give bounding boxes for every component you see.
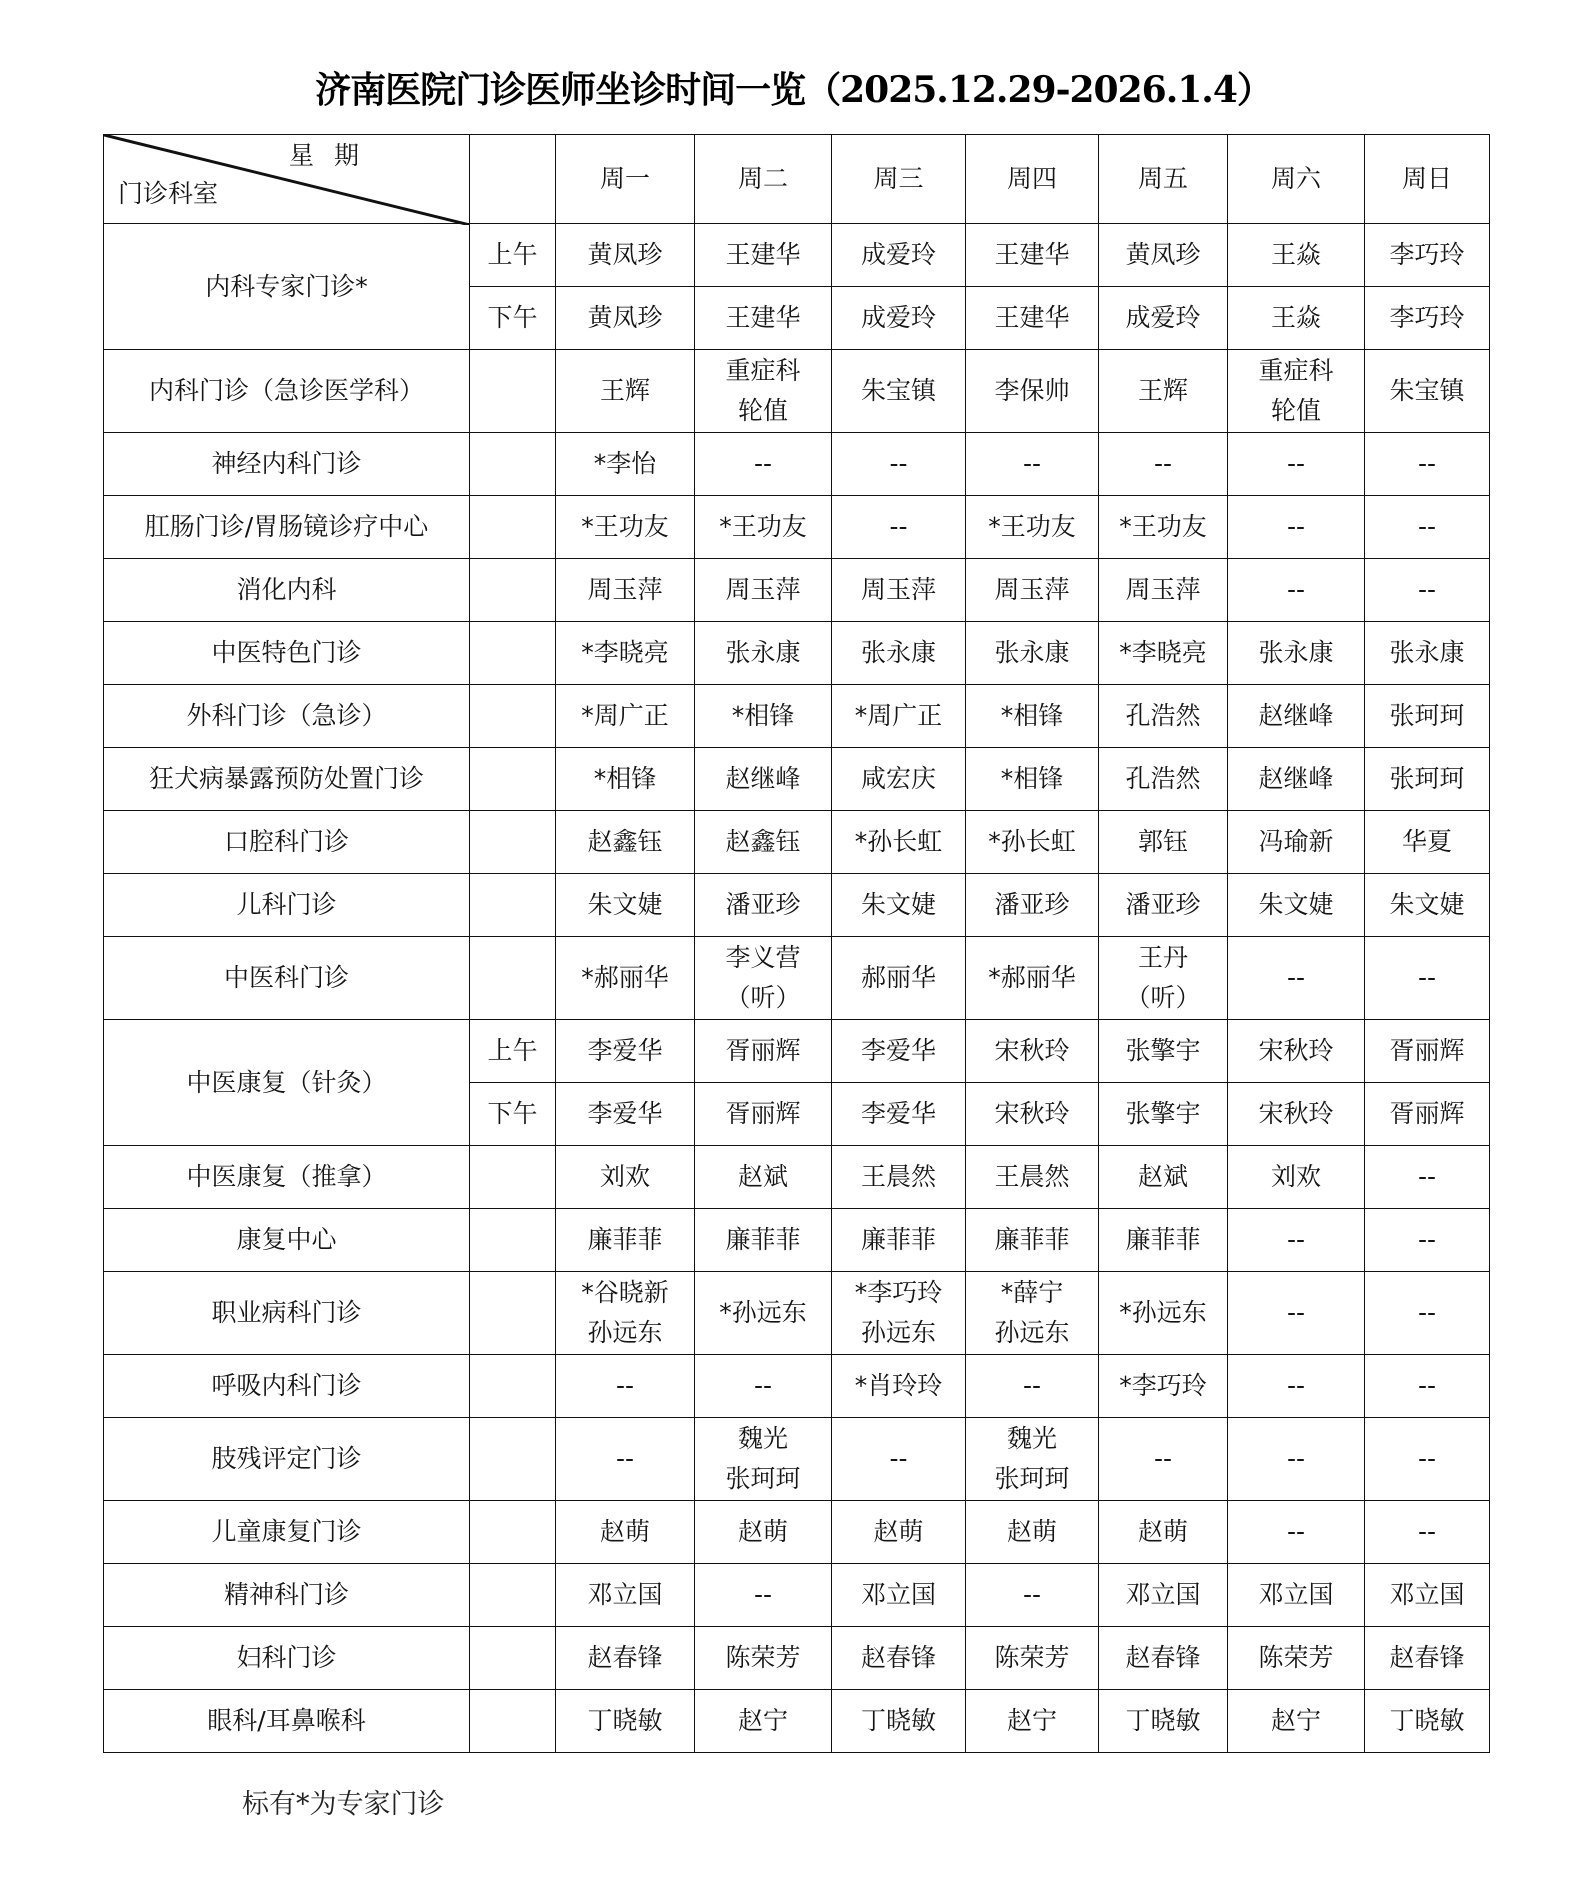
department-name: 内科门诊（急诊医学科）: [104, 350, 470, 433]
half-day-label: [470, 1564, 556, 1627]
doctor-cell-fri: 张擎宇: [1099, 1020, 1228, 1083]
doctor-cell-wed: 咸宏庆: [832, 748, 966, 811]
doctor-cell-mon: 刘欢: [556, 1146, 695, 1209]
doctor-cell-thu: 陈荣芳: [966, 1627, 1099, 1690]
doctor-cell-mon: 赵春锋: [556, 1627, 695, 1690]
doctor-name: --: [1365, 570, 1489, 610]
department-name: 中医特色门诊: [104, 622, 470, 685]
doctor-cell-thu: 王建华: [966, 287, 1099, 350]
doctor-name: 赵萌: [966, 1512, 1098, 1552]
doctor-cell-sun: --: [1365, 1501, 1490, 1564]
department-name: 外科门诊（急诊）: [104, 685, 470, 748]
doctor-name: 赵萌: [556, 1512, 694, 1552]
doctor-name: --: [695, 1575, 831, 1615]
doctor-cell-sat: --: [1228, 1209, 1365, 1272]
table-row: 外科门诊（急诊）*周广正*相锋*周广正*相锋孔浩然赵继峰张珂珂: [104, 685, 1490, 748]
doctor-name: 胥丽辉: [1365, 1031, 1489, 1071]
doctor-name: 郭钰: [1099, 822, 1227, 862]
doctor-name: 丁晓敏: [1365, 1701, 1489, 1741]
doctor-cell-sat: 陈荣芳: [1228, 1627, 1365, 1690]
doctor-name: 陈荣芳: [966, 1638, 1098, 1678]
doctor-cell-sat: 张永康: [1228, 622, 1365, 685]
doctor-name: 廉菲菲: [695, 1220, 831, 1260]
half-day-label: [470, 748, 556, 811]
doctor-name: 赵春锋: [1099, 1638, 1227, 1678]
doctor-name: *谷晓新: [556, 1273, 694, 1313]
doctor-name: *王功友: [556, 507, 694, 547]
doctor-cell-wed: *李巧玲孙远东: [832, 1272, 966, 1355]
doctor-name: 黄凤珍: [556, 298, 694, 338]
doctor-cell-mon: *周广正: [556, 685, 695, 748]
table-row: 眼科/耳鼻喉科丁晓敏赵宁丁晓敏赵宁丁晓敏赵宁丁晓敏: [104, 1690, 1490, 1753]
doctor-cell-fri: 赵萌: [1099, 1501, 1228, 1564]
doctor-cell-fri: 王辉: [1099, 350, 1228, 433]
department-name: 儿童康复门诊: [104, 1501, 470, 1564]
doctor-name: 李爱华: [556, 1031, 694, 1071]
doctor-cell-sun: --: [1365, 937, 1490, 1020]
doctor-cell-fri: 孔浩然: [1099, 748, 1228, 811]
doctor-cell-fri: 郭钰: [1099, 811, 1228, 874]
doctor-name: 王建华: [966, 298, 1098, 338]
doctor-cell-sun: 朱文婕: [1365, 874, 1490, 937]
doctor-name: 李保帅: [966, 371, 1098, 411]
doctor-cell-wed: --: [832, 1418, 966, 1501]
doctor-cell-thu: *王功友: [966, 496, 1099, 559]
department-name: 职业病科门诊: [104, 1272, 470, 1355]
doctor-cell-thu: 王建华: [966, 224, 1099, 287]
day-header-wed: 周三: [832, 135, 966, 224]
table-row: 中医康复（针灸）上午李爱华胥丽辉李爱华宋秋玲张擎宇宋秋玲胥丽辉: [104, 1020, 1490, 1083]
doctor-name: 朱文婕: [832, 885, 965, 925]
doctor-name: --: [1365, 1366, 1489, 1406]
doctor-name: 王晨然: [832, 1157, 965, 1197]
doctor-name: 孔浩然: [1099, 696, 1227, 736]
schedule-body: 内科专家门诊*上午黄凤珍王建华成爱玲王建华黄凤珍王焱李巧玲下午黄凤珍王建华成爱玲…: [104, 224, 1490, 1753]
half-day-label: [470, 1209, 556, 1272]
doctor-name: 李巧玲: [1365, 298, 1489, 338]
doctor-name: 廉菲菲: [966, 1220, 1098, 1260]
doctor-name: *孙长虹: [966, 822, 1098, 862]
doctor-name: 魏光: [966, 1419, 1098, 1459]
half-day-label: [470, 1690, 556, 1753]
doctor-cell-tue: 赵鑫钰: [695, 811, 832, 874]
doctor-cell-fri: 邓立国: [1099, 1564, 1228, 1627]
doctor-cell-sat: 冯瑜新: [1228, 811, 1365, 874]
doctor-cell-wed: 丁晓敏: [832, 1690, 966, 1753]
doctor-name: 赵鑫钰: [556, 822, 694, 862]
corner-header-cell: 星期 门诊科室: [104, 135, 470, 224]
doctor-name: 赵宁: [695, 1701, 831, 1741]
doctor-name: *王功友: [695, 507, 831, 547]
doctor-cell-sun: --: [1365, 1272, 1490, 1355]
doctor-cell-fri: 孔浩然: [1099, 685, 1228, 748]
doctor-name: 廉菲菲: [832, 1220, 965, 1260]
doctor-cell-sun: --: [1365, 433, 1490, 496]
doctor-name: 胥丽辉: [1365, 1094, 1489, 1134]
doctor-name: 冯瑜新: [1228, 822, 1364, 862]
department-name: 精神科门诊: [104, 1564, 470, 1627]
doctor-cell-fri: 潘亚珍: [1099, 874, 1228, 937]
doctor-name: 张珂珂: [1365, 696, 1489, 736]
doctor-cell-fri: 赵春锋: [1099, 1627, 1228, 1690]
doctor-cell-fri: *孙远东: [1099, 1272, 1228, 1355]
doctor-name: 张永康: [1365, 633, 1489, 673]
doctor-cell-sat: 赵继峰: [1228, 748, 1365, 811]
doctor-name: --: [1228, 444, 1364, 484]
doctor-name: 张永康: [695, 633, 831, 673]
doctor-cell-sat: 王焱: [1228, 287, 1365, 350]
table-row: 妇科门诊赵春锋陈荣芳赵春锋陈荣芳赵春锋陈荣芳赵春锋: [104, 1627, 1490, 1690]
half-day-label: 上午: [470, 224, 556, 287]
department-name: 呼吸内科门诊: [104, 1355, 470, 1418]
doctor-name: *王功友: [1099, 507, 1227, 547]
table-row: 儿科门诊朱文婕潘亚珍朱文婕潘亚珍潘亚珍朱文婕朱文婕: [104, 874, 1490, 937]
doctor-cell-sun: 张珂珂: [1365, 748, 1490, 811]
doctor-cell-wed: 周玉萍: [832, 559, 966, 622]
day-header-thu: 周四: [966, 135, 1099, 224]
doctor-cell-thu: 王晨然: [966, 1146, 1099, 1209]
doctor-name: 成爱玲: [832, 298, 965, 338]
doctor-cell-tue: 王建华: [695, 287, 832, 350]
doctor-cell-fri: --: [1099, 433, 1228, 496]
doctor-name: 张擎宇: [1099, 1094, 1227, 1134]
doctor-name: *相锋: [966, 759, 1098, 799]
doctor-name: 李爱华: [556, 1094, 694, 1134]
doctor-cell-fri: *李巧玲: [1099, 1355, 1228, 1418]
doctor-name: *郝丽华: [556, 958, 694, 998]
doctor-cell-sat: 赵继峰: [1228, 685, 1365, 748]
doctor-name: 王建华: [966, 235, 1098, 275]
table-row: 口腔科门诊赵鑫钰赵鑫钰*孙长虹*孙长虹郭钰冯瑜新华夏: [104, 811, 1490, 874]
doctor-name: *周广正: [556, 696, 694, 736]
doctor-cell-fri: 王丹（听）: [1099, 937, 1228, 1020]
doctor-cell-thu: 赵萌: [966, 1501, 1099, 1564]
doctor-name: 丁晓敏: [832, 1701, 965, 1741]
doctor-cell-mon: 周玉萍: [556, 559, 695, 622]
doctor-cell-wed: 廉菲菲: [832, 1209, 966, 1272]
doctor-cell-sat: --: [1228, 1501, 1365, 1564]
doctor-cell-wed: *孙长虹: [832, 811, 966, 874]
doctor-name: 潘亚珍: [1099, 885, 1227, 925]
department-name: 眼科/耳鼻喉科: [104, 1690, 470, 1753]
doctor-cell-wed: 朱宝镇: [832, 350, 966, 433]
doctor-cell-thu: *郝丽华: [966, 937, 1099, 1020]
doctor-name: 赵春锋: [832, 1638, 965, 1678]
doctor-name: 张珂珂: [695, 1459, 831, 1499]
half-day-label: 下午: [470, 287, 556, 350]
half-day-label: [470, 1355, 556, 1418]
half-day-label: [470, 1146, 556, 1209]
doctor-name: 赵萌: [695, 1512, 831, 1552]
doctor-name: 潘亚珍: [966, 885, 1098, 925]
doctor-cell-wed: 张永康: [832, 622, 966, 685]
doctor-cell-sat: --: [1228, 433, 1365, 496]
table-row: 中医康复（推拿）刘欢赵斌王晨然王晨然赵斌刘欢--: [104, 1146, 1490, 1209]
doctor-cell-sat: --: [1228, 1418, 1365, 1501]
doctor-name: 周玉萍: [695, 570, 831, 610]
doctor-name: （听）: [1099, 978, 1227, 1018]
doctor-cell-thu: *相锋: [966, 685, 1099, 748]
doctor-name: --: [1365, 1220, 1489, 1260]
doctor-cell-mon: *李怡: [556, 433, 695, 496]
doctor-cell-sun: 赵春锋: [1365, 1627, 1490, 1690]
table-row: 精神科门诊邓立国--邓立国--邓立国邓立国邓立国: [104, 1564, 1490, 1627]
doctor-name: 张永康: [832, 633, 965, 673]
doctor-name: 宋秋玲: [966, 1031, 1098, 1071]
doctor-cell-tue: 魏光张珂珂: [695, 1418, 832, 1501]
doctor-cell-thu: 廉菲菲: [966, 1209, 1099, 1272]
doctor-cell-mon: 廉菲菲: [556, 1209, 695, 1272]
doctor-name: 魏光: [695, 1419, 831, 1459]
doctor-cell-thu: 赵宁: [966, 1690, 1099, 1753]
department-axis-label: 门诊科室: [118, 177, 218, 211]
department-name: 中医康复（推拿）: [104, 1146, 470, 1209]
half-day-label: [470, 937, 556, 1020]
department-name: 肛肠门诊/胃肠镜诊疗中心: [104, 496, 470, 559]
table-row: 肢残评定门诊--魏光张珂珂--魏光张珂珂------: [104, 1418, 1490, 1501]
doctor-name: *王功友: [966, 507, 1098, 547]
doctor-cell-mon: 黄凤珍: [556, 287, 695, 350]
table-row: 儿童康复门诊赵萌赵萌赵萌赵萌赵萌----: [104, 1501, 1490, 1564]
half-day-label: [470, 1627, 556, 1690]
half-day-label: [470, 1501, 556, 1564]
doctor-cell-tue: 陈荣芳: [695, 1627, 832, 1690]
doctor-cell-sun: 胥丽辉: [1365, 1083, 1490, 1146]
doctor-cell-thu: 魏光张珂珂: [966, 1418, 1099, 1501]
doctor-name: 咸宏庆: [832, 759, 965, 799]
doctor-name: 刘欢: [1228, 1157, 1364, 1197]
doctor-cell-thu: --: [966, 1564, 1099, 1627]
department-name: 狂犬病暴露预防处置门诊: [104, 748, 470, 811]
doctor-cell-tue: 潘亚珍: [695, 874, 832, 937]
doctor-name: *李晓亮: [1099, 633, 1227, 673]
doctor-cell-thu: 李保帅: [966, 350, 1099, 433]
day-header-tue: 周二: [695, 135, 832, 224]
doctor-name: 邓立国: [1099, 1575, 1227, 1615]
half-day-label: [470, 1272, 556, 1355]
doctor-cell-wed: 郝丽华: [832, 937, 966, 1020]
doctor-name: 宋秋玲: [966, 1094, 1098, 1134]
doctor-name: 周玉萍: [1099, 570, 1227, 610]
table-row: 神经内科门诊*李怡------------: [104, 433, 1490, 496]
doctor-name: 赵鑫钰: [695, 822, 831, 862]
doctor-cell-tue: 李义营（听）: [695, 937, 832, 1020]
doctor-name: 王晨然: [966, 1157, 1098, 1197]
department-name: 神经内科门诊: [104, 433, 470, 496]
doctor-name: --: [1365, 444, 1489, 484]
doctor-name: 张擎宇: [1099, 1031, 1227, 1071]
doctor-cell-sun: --: [1365, 496, 1490, 559]
doctor-cell-tue: *孙远东: [695, 1272, 832, 1355]
doctor-name: 孙远东: [966, 1313, 1098, 1353]
doctor-cell-sat: --: [1228, 937, 1365, 1020]
day-header-sat: 周六: [1228, 135, 1365, 224]
doctor-name: 廉菲菲: [1099, 1220, 1227, 1260]
half-day-header: [470, 135, 556, 224]
doctor-name: 重症科: [1228, 351, 1364, 391]
doctor-name: 陈荣芳: [1228, 1638, 1364, 1678]
doctor-name: 王焱: [1228, 298, 1364, 338]
doctor-cell-mon: *王功友: [556, 496, 695, 559]
doctor-name: --: [966, 444, 1098, 484]
doctor-name: --: [556, 1366, 694, 1406]
doctor-cell-thu: 宋秋玲: [966, 1083, 1099, 1146]
doctor-name: *周广正: [832, 696, 965, 736]
doctor-name: 王辉: [556, 371, 694, 411]
table-row: 内科门诊（急诊医学科）王辉重症科轮值朱宝镇李保帅王辉重症科轮值朱宝镇: [104, 350, 1490, 433]
doctor-name: 邓立国: [1228, 1575, 1364, 1615]
schedule-table: 星期 门诊科室 周一 周二 周三 周四 周五 周六 周日 内科专家门诊*上午黄凤…: [103, 134, 1490, 1753]
doctor-cell-thu: 宋秋玲: [966, 1020, 1099, 1083]
doctor-name: --: [832, 444, 965, 484]
doctor-cell-wed: 朱文婕: [832, 874, 966, 937]
doctor-name: 赵萌: [1099, 1512, 1227, 1552]
doctor-name: 邓立国: [556, 1575, 694, 1615]
doctor-name: （听）: [695, 978, 831, 1018]
doctor-cell-fri: 丁晓敏: [1099, 1690, 1228, 1753]
doctor-name: 周玉萍: [832, 570, 965, 610]
doctor-name: 周玉萍: [556, 570, 694, 610]
doctor-cell-sun: --: [1365, 1209, 1490, 1272]
doctor-cell-wed: 成爱玲: [832, 287, 966, 350]
doctor-name: 赵继峰: [1228, 696, 1364, 736]
department-name: 儿科门诊: [104, 874, 470, 937]
doctor-name: --: [1228, 1366, 1364, 1406]
table-row: 肛肠门诊/胃肠镜诊疗中心*王功友*王功友--*王功友*王功友----: [104, 496, 1490, 559]
header-row: 星期 门诊科室 周一 周二 周三 周四 周五 周六 周日: [104, 135, 1490, 224]
doctor-name: 重症科: [695, 351, 831, 391]
doctor-name: *相锋: [556, 759, 694, 799]
doctor-name: --: [1228, 1439, 1364, 1479]
doctor-name: 王辉: [1099, 371, 1227, 411]
half-day-label: 下午: [470, 1083, 556, 1146]
doctor-name: 轮值: [1228, 391, 1364, 431]
doctor-cell-sun: 李巧玲: [1365, 287, 1490, 350]
doctor-cell-mon: 黄凤珍: [556, 224, 695, 287]
half-day-label: [470, 1418, 556, 1501]
table-row: 呼吸内科门诊----*肖玲玲--*李巧玲----: [104, 1355, 1490, 1418]
doctor-cell-wed: 李爱华: [832, 1020, 966, 1083]
doctor-cell-sat: 王焱: [1228, 224, 1365, 287]
doctor-cell-thu: --: [966, 433, 1099, 496]
doctor-cell-sun: 张永康: [1365, 622, 1490, 685]
doctor-name: 李爱华: [832, 1031, 965, 1071]
doctor-cell-wed: 赵春锋: [832, 1627, 966, 1690]
table-row: 狂犬病暴露预防处置门诊*相锋赵继峰咸宏庆*相锋孔浩然赵继峰张珂珂: [104, 748, 1490, 811]
doctor-name: 张永康: [1228, 633, 1364, 673]
doctor-cell-thu: *孙长虹: [966, 811, 1099, 874]
doctor-cell-mon: 邓立国: [556, 1564, 695, 1627]
doctor-cell-mon: *相锋: [556, 748, 695, 811]
doctor-cell-mon: 李爱华: [556, 1020, 695, 1083]
doctor-cell-tue: 胥丽辉: [695, 1020, 832, 1083]
doctor-name: 宋秋玲: [1228, 1031, 1364, 1071]
half-day-label: [470, 559, 556, 622]
doctor-name: 赵春锋: [1365, 1638, 1489, 1678]
half-day-label: 上午: [470, 1020, 556, 1083]
doctor-name: --: [1228, 570, 1364, 610]
doctor-name: *薛宁: [966, 1273, 1098, 1313]
doctor-name: 李义营: [695, 938, 831, 978]
department-name: 内科专家门诊*: [104, 224, 470, 350]
doctor-name: *肖玲玲: [832, 1366, 965, 1406]
doctor-name: 王焱: [1228, 235, 1364, 275]
doctor-cell-tue: 重症科轮值: [695, 350, 832, 433]
doctor-name: *李晓亮: [556, 633, 694, 673]
doctor-name: --: [695, 444, 831, 484]
doctor-cell-wed: --: [832, 433, 966, 496]
table-row: 内科专家门诊*上午黄凤珍王建华成爱玲王建华黄凤珍王焱李巧玲: [104, 224, 1490, 287]
table-row: 消化内科周玉萍周玉萍周玉萍周玉萍周玉萍----: [104, 559, 1490, 622]
department-name: 中医康复（针灸）: [104, 1020, 470, 1146]
doctor-cell-mon: 赵鑫钰: [556, 811, 695, 874]
doctor-name: 黄凤珍: [1099, 235, 1227, 275]
doctor-name: 赵萌: [832, 1512, 965, 1552]
table-row: 职业病科门诊*谷晓新孙远东*孙远东*李巧玲孙远东*薛宁孙远东*孙远东----: [104, 1272, 1490, 1355]
department-name: 康复中心: [104, 1209, 470, 1272]
doctor-name: --: [1228, 958, 1364, 998]
doctor-name: 胥丽辉: [695, 1031, 831, 1071]
doctor-name: 丁晓敏: [1099, 1701, 1227, 1741]
doctor-cell-mon: 朱文婕: [556, 874, 695, 937]
doctor-name: 周玉萍: [966, 570, 1098, 610]
doctor-name: *李巧玲: [832, 1273, 965, 1313]
department-name: 肢残评定门诊: [104, 1418, 470, 1501]
doctor-name: 赵春锋: [556, 1638, 694, 1678]
department-name: 消化内科: [104, 559, 470, 622]
doctor-name: 赵斌: [695, 1157, 831, 1197]
doctor-cell-mon: *谷晓新孙远东: [556, 1272, 695, 1355]
doctor-name: 张珂珂: [1365, 759, 1489, 799]
doctor-name: --: [1228, 507, 1364, 547]
doctor-name: 刘欢: [556, 1157, 694, 1197]
doctor-name: --: [966, 1366, 1098, 1406]
doctor-name: --: [1228, 1293, 1364, 1333]
doctor-name: 朱宝镇: [1365, 371, 1489, 411]
doctor-name: --: [1365, 1439, 1489, 1479]
doctor-name: 朱文婕: [1365, 885, 1489, 925]
doctor-cell-sun: --: [1365, 1146, 1490, 1209]
doctor-name: --: [1228, 1220, 1364, 1260]
doctor-cell-fri: --: [1099, 1418, 1228, 1501]
doctor-name: --: [1365, 958, 1489, 998]
doctor-name: *李怡: [556, 444, 694, 484]
doctor-name: *李巧玲: [1099, 1366, 1227, 1406]
doctor-cell-wed: 王晨然: [832, 1146, 966, 1209]
doctor-cell-sun: 张珂珂: [1365, 685, 1490, 748]
doctor-cell-mon: --: [556, 1355, 695, 1418]
doctor-name: 孙远东: [832, 1313, 965, 1353]
doctor-name: 朱文婕: [1228, 885, 1364, 925]
doctor-cell-sat: 朱文婕: [1228, 874, 1365, 937]
doctor-name: 王建华: [695, 235, 831, 275]
doctor-name: 赵斌: [1099, 1157, 1227, 1197]
doctor-name: *孙长虹: [832, 822, 965, 862]
doctor-name: --: [966, 1575, 1098, 1615]
doctor-name: 陈荣芳: [695, 1638, 831, 1678]
doctor-name: *孙远东: [695, 1293, 831, 1333]
doctor-name: 郝丽华: [832, 958, 965, 998]
doctor-cell-sat: 宋秋玲: [1228, 1083, 1365, 1146]
doctor-cell-mon: 丁晓敏: [556, 1690, 695, 1753]
doctor-cell-sat: 邓立国: [1228, 1564, 1365, 1627]
doctor-name: *相锋: [966, 696, 1098, 736]
doctor-name: 张永康: [966, 633, 1098, 673]
doctor-cell-tue: 赵萌: [695, 1501, 832, 1564]
doctor-name: 华夏: [1365, 822, 1489, 862]
doctor-name: 朱宝镇: [832, 371, 965, 411]
doctor-cell-sun: 胥丽辉: [1365, 1020, 1490, 1083]
